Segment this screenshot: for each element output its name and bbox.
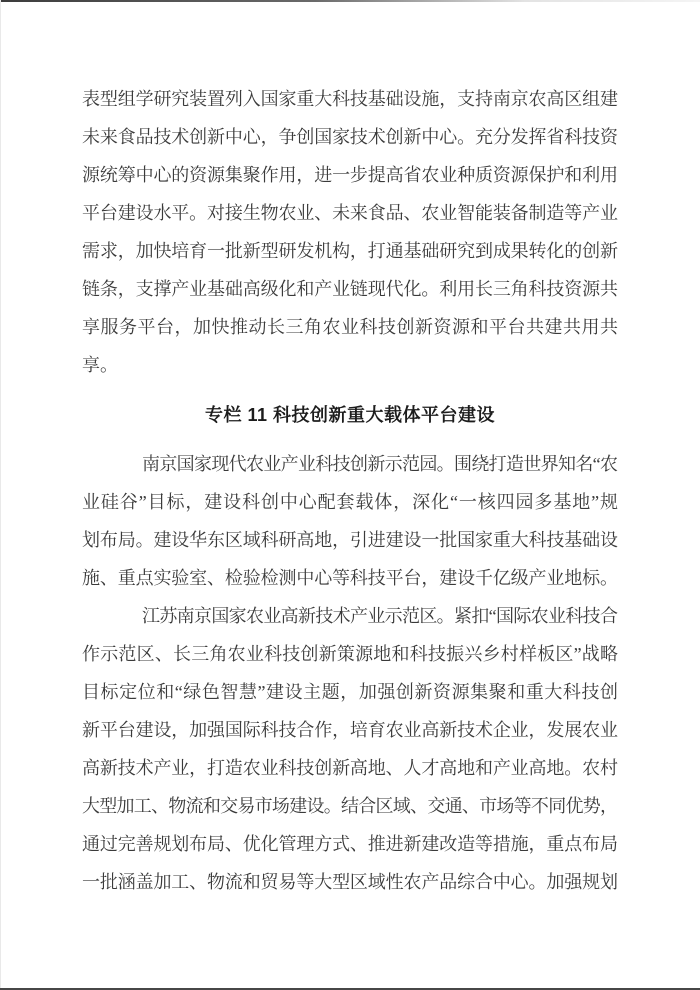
text-line: 链条，支撑产业基础高级化和产业链现代化。利用长三角科技资源共	[82, 270, 618, 308]
text-line-content: 施、重点实验室、检验检测中心等科技平台，建设千亿级产业地标。	[82, 559, 618, 597]
text-line: 江苏南京国家农业高新技术产业示范区。紧扣“国际农业科技合	[82, 597, 618, 635]
text-line-content: 一批涵盖加工、物流和贸易等大型区域性农产品综合中心。加强规划	[82, 863, 618, 901]
text-line-content: 通过完善规划布局、优化管理方式、推进新建改造等措施，重点布局	[82, 825, 618, 863]
text-line-content: 划布局。建设华东区域科研高地，引进建设一批国家重大科技基础设	[82, 521, 618, 559]
text-line: 享服务平台，加快推动长三角农业科技创新资源和平台共建共用共	[82, 308, 618, 346]
text-line-content: 未来食品技术创新中心，争创国家技术创新中心。充分发挥省科技资	[82, 118, 618, 156]
page-left-edge	[0, 0, 1, 990]
text-line-content: 业硅谷”目标，建设科创中心配套载体，深化“一核四园多基地”规	[82, 483, 619, 521]
box-paragraph-2: 江苏南京国家农业高新技术产业示范区。紧扣“国际农业科技合作示范区、长三角农业科技…	[82, 597, 618, 901]
box-heading: 专栏 11 科技创新重大载体平台建设	[82, 400, 618, 430]
text-line: 未来食品技术创新中心，争创国家技术创新中心。充分发挥省科技资	[82, 118, 618, 156]
page-top-edge	[0, 0, 700, 2]
text-line: 大型加工、物流和交易市场建设。结合区域、交通、市场等不同优势，	[82, 787, 618, 825]
text-line-content: 高新技术产业，打造农业科技创新高地、人才高地和产业高地。农村	[82, 749, 618, 787]
text-line: 作示范区、长三角农业科技创新策源地和科技振兴乡村样板区”战略	[82, 635, 618, 673]
text-line: 目标定位和“绿色智慧”建设主题，加强创新资源集聚和重大科技创	[82, 673, 618, 711]
text-line-content: 链条，支撑产业基础高级化和产业链现代化。利用长三角科技资源共	[82, 270, 618, 308]
text-line-content: 享服务平台，加快推动长三角农业科技创新资源和平台共建共用共	[82, 308, 619, 346]
text-line-content: 江苏南京国家农业高新技术产业示范区。紧扣“国际农业科技合	[142, 597, 617, 635]
text-line: 南京国家现代农业产业科技创新示范园。围绕打造世界知名“农	[82, 445, 618, 483]
text-line: 通过完善规划布局、优化管理方式、推进新建改造等措施，重点布局	[82, 825, 618, 863]
text-line-content: 享。	[82, 346, 118, 384]
text-line-content: 平台建设水平。对接生物农业、未来食品、农业智能装备制造等产业	[82, 194, 618, 232]
body-paragraph: 表型组学研究装置列入国家重大科技基础设施，支持南京农高区组建未来食品技术创新中心…	[82, 80, 618, 384]
text-line-content: 目标定位和“绿色智慧”建设主题，加强创新资源集聚和重大科技创	[82, 673, 619, 711]
text-line-content: 表型组学研究装置列入国家重大科技基础设施，支持南京农高区组建	[82, 80, 618, 118]
text-line: 高新技术产业，打造农业科技创新高地、人才高地和产业高地。农村	[82, 749, 618, 787]
text-line: 享。	[82, 346, 618, 384]
text-line: 平台建设水平。对接生物农业、未来食品、农业智能装备制造等产业	[82, 194, 618, 232]
document-page: 表型组学研究装置列入国家重大科技基础设施，支持南京农高区组建未来食品技术创新中心…	[0, 0, 700, 990]
text-line: 新平台建设，加强国际科技合作，培育农业高新技术企业，发展农业	[82, 711, 618, 749]
text-line-content: 作示范区、长三角农业科技创新策源地和科技振兴乡村样板区”战略	[82, 635, 618, 673]
text-line-content: 新平台建设，加强国际科技合作，培育农业高新技术企业，发展农业	[82, 711, 618, 749]
page-content: 表型组学研究装置列入国家重大科技基础设施，支持南京农高区组建未来食品技术创新中心…	[82, 80, 618, 901]
box-paragraph-1: 南京国家现代农业产业科技创新示范园。围绕打造世界知名“农业硅谷”目标，建设科创中…	[82, 445, 618, 597]
text-line-content: 南京国家现代农业产业科技创新示范园。围绕打造世界知名“农	[142, 445, 617, 483]
text-line: 需求，加快培育一批新型研发机构，打通基础研究到成果转化的创新	[82, 232, 618, 270]
text-line: 业硅谷”目标，建设科创中心配套载体，深化“一核四园多基地”规	[82, 483, 618, 521]
text-line: 一批涵盖加工、物流和贸易等大型区域性农产品综合中心。加强规划	[82, 863, 618, 901]
text-line-content: 需求，加快培育一批新型研发机构，打通基础研究到成果转化的创新	[82, 232, 618, 270]
text-line: 表型组学研究装置列入国家重大科技基础设施，支持南京农高区组建	[82, 80, 618, 118]
text-line: 划布局。建设华东区域科研高地，引进建设一批国家重大科技基础设	[82, 521, 618, 559]
text-line: 施、重点实验室、检验检测中心等科技平台，建设千亿级产业地标。	[82, 559, 618, 597]
text-line-content: 大型加工、物流和交易市场建设。结合区域、交通、市场等不同优势，	[82, 787, 617, 825]
text-line-content: 源统筹中心的资源集聚作用，进一步提高省农业种质资源保护和利用	[82, 156, 618, 194]
text-line: 源统筹中心的资源集聚作用，进一步提高省农业种质资源保护和利用	[82, 156, 618, 194]
